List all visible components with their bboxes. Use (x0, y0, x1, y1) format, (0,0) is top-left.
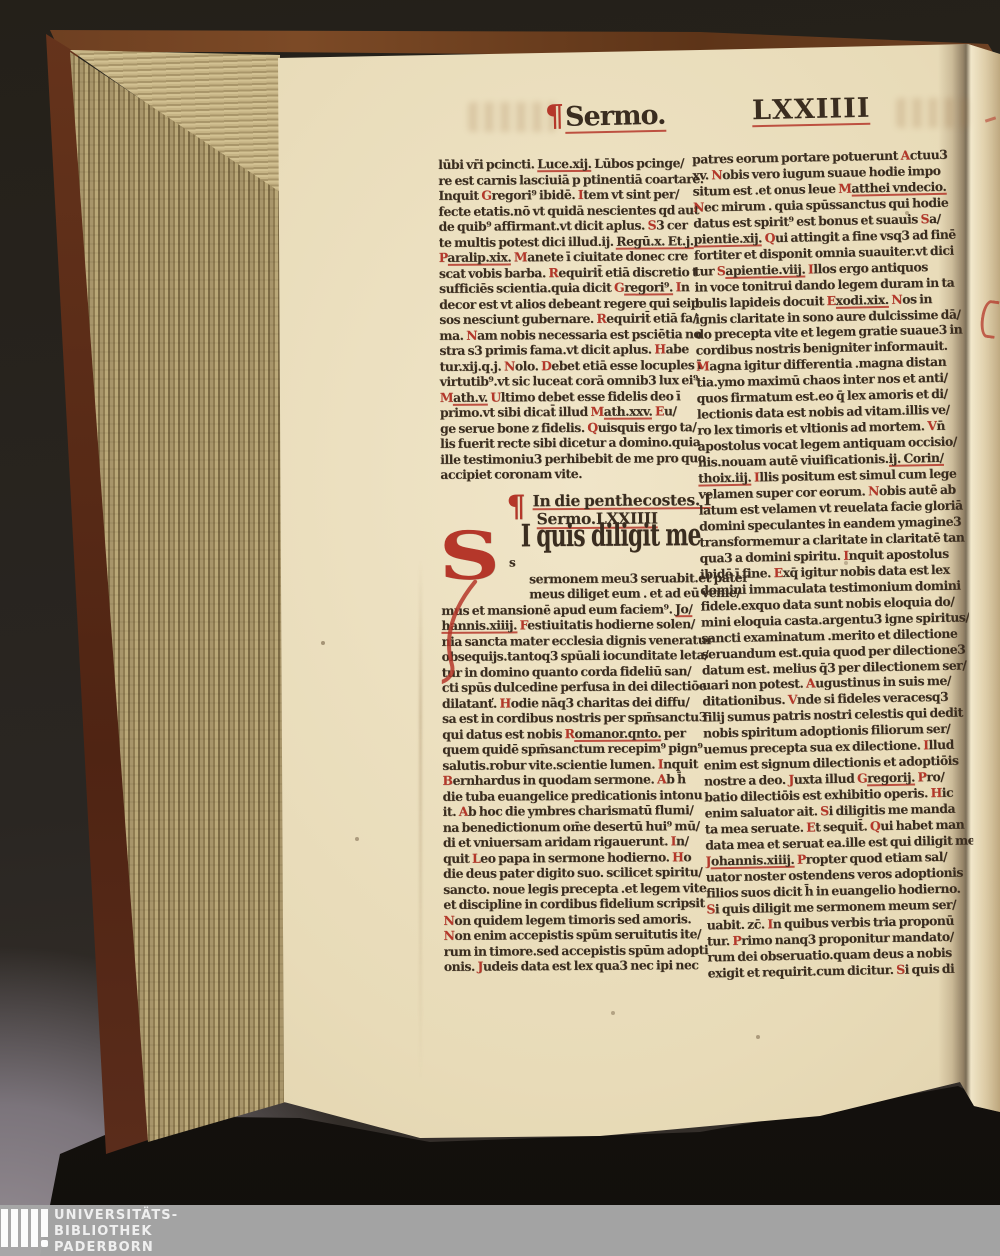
library-name-line2: BIBLIOTHEK (54, 1224, 178, 1240)
text-line: Bernhardus in quodam sermone. Ab h̄ (442, 771, 708, 788)
text-line: ge serue bone z fidelis. Quisquis ergo t… (440, 419, 706, 436)
text-line: sufficiēs scientia.quia dicit Gregori⁹. … (439, 279, 705, 296)
text-line: lūbi vr̄i pcincti. Luce.xij. Lūbos pcing… (438, 155, 704, 172)
text-line: onis. Judeis data est lex qua3 nec ipi n… (444, 957, 710, 974)
text-line: rum in timore.sed accepistis spūm adopti (444, 942, 710, 959)
text-line: qui datus est nobis Romanor.qnto. per (442, 725, 708, 742)
right-text-column: patres eorum portare potuerunt Actuu3xv.… (692, 147, 976, 997)
text-line: Math.v. Ultimo debet esse fidelis deo ī (440, 388, 706, 405)
incipit: S s I quis diligit me (441, 530, 707, 572)
library-logo-bars-icon (1, 1209, 48, 1247)
library-name: UNIVERSITÄTS- BIBLIOTHEK PADERBORN (54, 1208, 178, 1256)
library-name-line3: PADERBORN (54, 1240, 178, 1256)
guide-letter: s (509, 555, 515, 571)
text-line: te multis potest dici illud.ij. Regū.x. … (439, 233, 705, 250)
text-line: stra s3 primis fama.vt dicit aplus. Habe (439, 341, 705, 358)
text-line: et discipline in cordibus fidelium scrip… (443, 895, 709, 912)
text-line: ille testimoniu3 perhibebit de me pro qu… (440, 450, 706, 467)
text-line: decor est vt alios debeant regere qui se… (439, 295, 705, 312)
left-column-block1: lūbi vr̄i pcincti. Luce.xij. Lūbos pcing… (438, 155, 706, 482)
text-line: sa est in cordibus nostris per spm̄sanct… (442, 709, 708, 726)
printed-text-layer: ¶Sermo. LXXIIII lūbi vr̄i pcincti. Luce.… (0, 0, 1000, 1256)
text-line: sos nesciunt gubernare. Requirit̄ etiā f… (439, 310, 705, 327)
text-line: Paralip.xix. Manete ī ciuitate donec cre (439, 248, 705, 265)
text-line: salutis.robur vite.scientie lumen. Inqui… (442, 756, 708, 773)
book-photo-stage: ¶Sermo. LXXIIII lūbi vr̄i pcincti. Luce.… (0, 0, 1000, 1256)
running-head: ¶Sermo. (545, 97, 666, 135)
left-text-column: lūbi vr̄i pcincti. Luce.xij. Lūbos pcing… (438, 155, 710, 974)
text-line: ma. Nam nobis necessaria est psciētia no (439, 326, 705, 343)
text-line: fecte etatis.nō vt quidā nescientes qd a… (438, 202, 704, 219)
text-line: quit Leo papa in sermone hodierno. Ho (443, 849, 709, 866)
text-line: accipiet coronam vite. (440, 465, 706, 482)
text-line: Non quidem legem timoris sed amoris. (443, 911, 709, 928)
running-title: Sermo. (565, 100, 666, 134)
text-line: quem quidē spm̄sanctum recepim⁹ pign⁹ (442, 740, 708, 757)
text-line: die deus pater digito suo. scilicet spir… (443, 864, 709, 881)
text-line: re est carnis lasciuiā p ptinentiā coart… (438, 171, 704, 188)
text-line: di et vniuersam aridam rigauerunt. In/ (443, 833, 709, 850)
text-line: dilatanť. Hodie nāq3 charitas dei diffu/ (442, 694, 708, 711)
ink-bleedthrough-ghost (896, 98, 968, 128)
text-line: virtutib⁹.vt sic luceat corā omnib3 lux … (440, 372, 706, 389)
drop-cap-flourish (441, 579, 486, 689)
folio-number: LXXIIII (752, 93, 871, 126)
text-line: na benedictionum om̄e desertū hui⁹ mū/ (443, 818, 709, 835)
library-name-line1: UNIVERSITÄTS- (54, 1208, 178, 1224)
text-line: de quib⁹ affirmant.vt dicit aplus. S3 ce… (439, 217, 705, 234)
watermark-band: UNIVERSITÄTS- BIBLIOTHEK PADERBORN (0, 1205, 1000, 1256)
section-heading-line1: In die penthecostes. I (532, 491, 710, 511)
text-line: lis fuerit recte sibi dicetur a domino.q… (440, 434, 706, 451)
paragraph-mark-icon: ¶ (545, 99, 564, 134)
text-line: die tuba euangelice predicationis intonu (443, 787, 709, 804)
drop-cap-initial: S (439, 525, 500, 585)
text-line: Inquit Gregori⁹ ibidē. Item vt sint per/ (438, 186, 704, 203)
incipit-large-text: I quis diligit me (521, 528, 701, 545)
text-line: sancto. noue legis precepta .et legem vi… (443, 880, 709, 897)
text-line: it. Ab hoc die ymbres charismatū flumi/ (443, 802, 709, 819)
text-line: primo.vt sibi dicat̄ illud Math.xxv. Eu/ (440, 403, 706, 420)
ink-bleedthrough-ghost (468, 102, 556, 132)
text-line: tur.xij.q.j. Nolo. Debet etiā esse locup… (440, 357, 706, 374)
text-line: scat vobis barba. Requirit̄ etiā discret… (439, 264, 705, 281)
text-line: Non enim accepistis spūm seruitutis ite/ (444, 926, 710, 943)
